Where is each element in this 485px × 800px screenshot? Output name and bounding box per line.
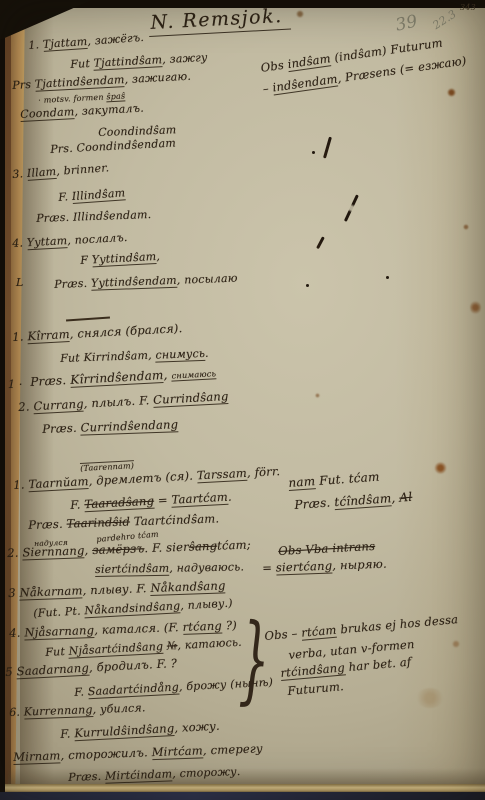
handwriting-segment: Yyttindŝendam [91,274,177,291]
handwriting-segment: 1. [13,477,29,492]
page-title: N. Remsjok. [148,6,291,35]
handwriting-segment: Fut Kirrindŝam, [60,349,156,365]
handwriting-segment: rtćam [301,623,338,641]
handwriting-segment: 6. [9,705,24,719]
handwriting-segment: Mirtćam [151,743,203,760]
manuscript-photo: N. Remsjok. 343 39 22.3 1. Tjattam, зажё… [0,0,485,800]
handwriting-segment: Taartćam [171,490,228,508]
handwriting-segment: , плыву.) [180,597,233,613]
ink-blot [306,284,309,287]
handwriting-segment: Kîrram [27,327,70,344]
handwriting-segment: Taartćindŝam. [130,511,220,528]
handwriting-segment: . [205,347,209,360]
handwriting-segment: ?) [222,618,237,633]
handwriting-segment: Præs. [42,421,81,436]
handwriting-segment: Nåkarnam [19,583,83,600]
handwriting-segment: Mirtćindam [105,767,173,783]
handwriting-segment: 1. [28,38,43,52]
handwriting-segment: 3 [8,586,20,600]
handwriting-segment: Siernnang [22,543,85,560]
handwriting-segment: Fut [70,57,94,71]
handwriting-segment: 2. [18,399,34,414]
handwriting-segment: , хожу. [174,719,220,735]
handwriting-segment: tćam; [217,537,251,552]
handwriting-segment: Præs. [54,277,91,291]
curly-brace-annotation: } [238,608,270,710]
handwriting-segment: , зажгу [162,51,208,66]
handwriting-segment: снимусь [155,347,205,363]
handwriting-segment: nam [288,474,316,491]
handwritten-line: L [16,277,24,290]
handwriting-segment: Præs. [28,517,67,532]
handwriting-segment: Præs. [30,373,71,389]
handwriting-segment: Tarssam [197,466,248,484]
handwriting-segment: Prs [12,78,35,92]
handwriting-segment: F [80,253,92,267]
handwriting-segment: , ныряю. [332,557,387,573]
handwriting-segment: Yyttam [27,234,68,250]
ink-blot [312,151,315,154]
handwriting-segment: Illam [26,165,56,181]
handwriting-segment: , надуваюсь. [169,560,244,574]
handwriting-segment: ŝang [189,539,218,554]
handwriting-segment: замёрзъ [92,541,145,557]
handwriting-segment: , [156,250,160,263]
handwriting-segment: Currang [33,397,84,415]
handwriting-segment: 3. [12,167,27,181]
handwriting-segment: Njåsarnang [24,623,94,640]
handwriting-segment: 1. [12,329,28,344]
handwriting-segment: , катался. (F. [94,620,183,637]
handwriting-segment: F. [58,190,72,204]
handwriting-segment: = [154,493,172,508]
handwriting-segment: siertćindŝam [95,562,169,577]
handwriting-segment: , послалъ. [67,231,128,247]
handwriting-segment: Nåkandŝang [150,578,226,596]
handwriting-segment: rtćang [182,619,222,635]
ink-blot [386,276,389,279]
handwriting-segment: (Fut. Pt. [33,604,85,620]
handwriting-segment: ŝpaŝ [106,91,125,102]
handwriting-segment: 4. [12,236,27,250]
handwriting-segment: , förr. [247,464,281,480]
handwriting-segment: 1 · [8,378,23,391]
handwriting-segment: 2. [7,545,23,560]
handwriting-segment: , сторожилъ. [60,745,152,762]
handwriting-segment: L [16,276,24,289]
handwriting-segment: Fut [45,645,69,659]
handwriting-segment: Kurrennang [24,703,93,719]
handwritten-line: 1 · [8,379,23,392]
handwriting-segment: siertćang [276,559,333,576]
handwriting-segment: = [262,561,276,575]
handwriting-segment: Præs. [294,495,335,512]
handwriting-segment: , стерегу [203,741,263,757]
folio-number: 343 [460,3,476,12]
handwriting-segment: 4. [9,625,25,640]
handwriting-segment: , brinner. [56,161,110,178]
handwriting-segment: Coondam [20,105,75,122]
handwriting-segment: , убился. [92,701,145,716]
handwriting-segment: . [228,490,233,504]
handwriting-segment: , посылаю [177,272,238,287]
handwriting-segment: Taarindŝid [66,514,130,530]
handwriting-segment: Al [399,490,413,505]
book-cover-edge [0,792,485,800]
handwriting-segment: , плыву. F. [82,581,150,597]
handwriting-segment: , закуталъ. [74,102,144,119]
handwriting-segment: . F. sier [144,540,189,556]
handwriting-segment: , зажигаю. [124,70,191,86]
handwriting-segment: Taarnŭam [28,474,89,492]
handwritten-line: siertćindŝam, надуваюсь. [95,561,244,576]
handwriting-segment: , катаюсь. [177,636,242,652]
handwriting-segment: F. [70,497,85,512]
handwriting-segment: F. [74,685,88,699]
handwriting-segment: снимаюсь [171,368,216,381]
handwriting-segment: F. [60,726,75,741]
handwriting-segment: , сторожу. [172,765,241,780]
handwriting-segment: Mirnam [13,748,61,765]
handwriting-segment: Præs. [68,770,105,784]
